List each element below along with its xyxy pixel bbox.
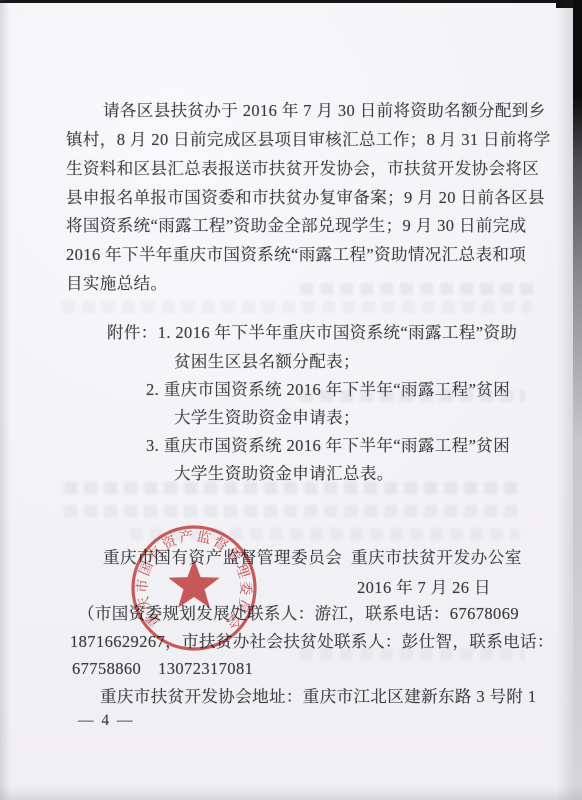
contact-line: 重庆市扶贫开发协会地址：重庆市江北区建新东路 3 号附 1 [100, 686, 536, 707]
bleed-through-artifact [64, 482, 524, 494]
paragraph-line: 将国资系统“雨露工程”资助金全部兑现学生；9 月 30 日前完成 [66, 215, 527, 236]
paper-edge-shade-bottom [0, 786, 582, 800]
attachment-line: 附件：1. 2016 年下半年重庆市国资系统“雨露工程”资助 [107, 322, 517, 343]
paragraph-line: 镇村，8 月 20 日前完成区县项目审核汇总工作；8 月 31 日前将学 [66, 129, 551, 150]
bleed-through-artifact [62, 301, 532, 313]
paragraph-line: 目实施总结。 [66, 273, 167, 294]
paper-edge-shade-left [0, 0, 10, 800]
bleed-through-artifact [300, 283, 535, 295]
attachment-line: 贫困生区县名额分配表； [174, 351, 360, 372]
scan-edge-top [0, 0, 582, 3]
bleed-through-artifact [300, 390, 525, 402]
official-seal: 重庆市国有资产监督管理委员会 [114, 508, 274, 668]
attachment-line: 大学生资助资金申请表； [174, 407, 360, 428]
org-name-right: 重庆市扶贫开发办公室 [351, 547, 522, 568]
signature-date: 2016 年 7 月 26 日 [357, 577, 491, 598]
paragraph-line: 生资料和区县汇总表报送市扶贫开发协会，市扶贫开发协会将区 [66, 158, 539, 179]
page-number: — 4 — [78, 712, 135, 730]
seal-star-icon [168, 559, 219, 608]
attachment-line: 大学生资助资金申请汇总表。 [174, 463, 394, 484]
paragraph-line: 2016 年下半年重庆市国资系统“雨露工程”资助情况汇总表和项 [66, 244, 526, 265]
scan-edge-right [573, 0, 582, 800]
paper-edge-shadow [556, 0, 573, 800]
scanned-document-page: 请各区县扶贫办于 2016 年 7 月 30 日前将资助名额分配到乡 镇村，8 … [0, 0, 582, 800]
paragraph-line: 县申报名单报市国资委和市扶贫办复审备案；9 月 20 日前各区县 [66, 187, 545, 208]
attachment-line: 3. 重庆市国资系统 2016 年下半年“雨露工程”贫困 [146, 435, 510, 456]
paragraph-line: 请各区县扶贫办于 2016 年 7 月 30 日前将资助名额分配到乡 [103, 100, 546, 121]
bleed-through-artifact [300, 648, 525, 660]
